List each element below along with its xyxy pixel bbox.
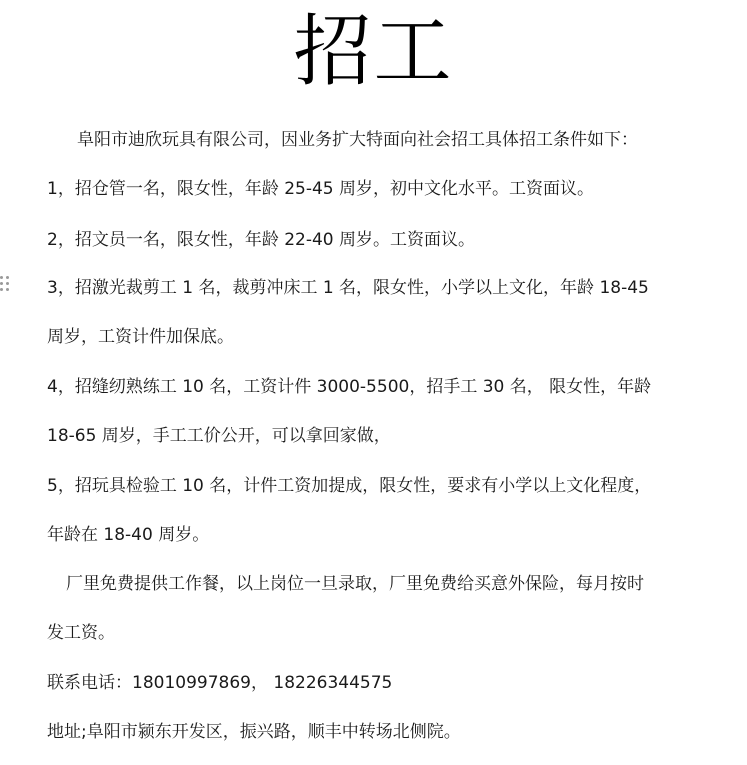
intro-paragraph: 阜阳市迪欣玩具有限公司，因业务扩大特面向社会招工具体招工条件如下：	[77, 128, 638, 152]
item-1-line-1: 1，招仓管一名，限女性，年龄 25-45 周岁，初中文化水平。工资面议。	[47, 177, 594, 201]
drag-dot	[6, 276, 9, 279]
item-4-line-2: 18-65 周岁，手工工价公开，可以拿回家做，	[47, 424, 391, 448]
drag-dot	[0, 282, 3, 285]
drag-dot	[0, 276, 3, 279]
item-5-line-2: 年龄在 18-40 周岁。	[47, 523, 209, 547]
item-3-line-1: 3，招激光裁剪工 1 名，裁剪冲床工 1 名，限女性，小学以上文化，年龄 18-…	[47, 276, 649, 300]
page-title: 招工	[0, 2, 747, 102]
drag-dot	[0, 288, 3, 291]
address: 地址;阜阳市颍东开发区，振兴路，顺丰中转场北侧院。	[47, 720, 461, 744]
contact-phone: 联系电话：18010997869， 18226344575	[47, 671, 392, 695]
drag-handle-icon[interactable]	[0, 276, 10, 296]
item-3-line-2: 周岁，工资计件加保底。	[47, 325, 234, 349]
benefits-line-1: 厂里免费提供工作餐，以上岗位一旦录取，厂里免费给买意外保险，每月按时	[66, 572, 644, 596]
benefits-line-2: 发工资。	[47, 621, 115, 645]
item-4-line-1: 4，招缝纫熟练工 10 名，工资计件 3000-5500，招手工 30 名， 限…	[47, 375, 651, 399]
item-2-line-1: 2，招文员一名，限女性，年龄 22-40 周岁。工资面议。	[47, 228, 475, 252]
drag-dot	[6, 288, 9, 291]
item-5-line-1: 5，招玩具检验工 10 名，计件工资加提成，限女性，要求有小学以上文化程度，	[47, 474, 651, 498]
drag-dot	[6, 282, 9, 285]
